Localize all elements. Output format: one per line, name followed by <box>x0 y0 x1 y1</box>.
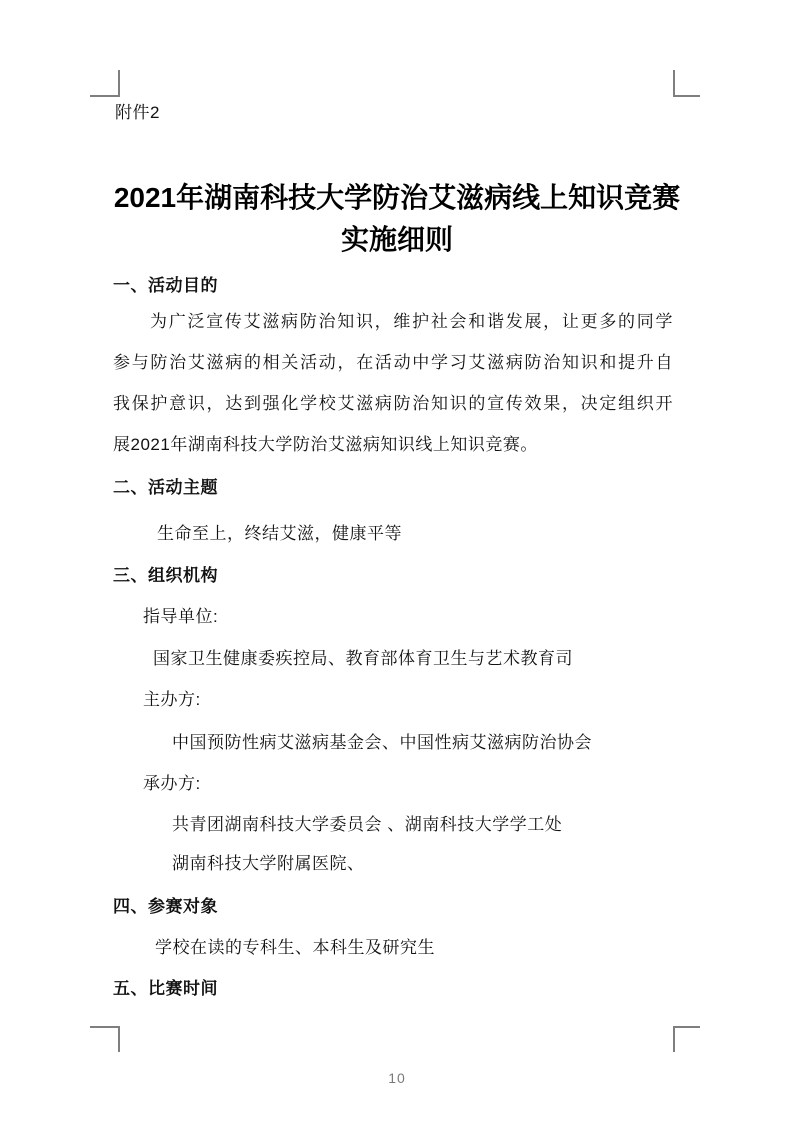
page-number: 10 <box>0 1069 794 1087</box>
section-1-paragraph-line-1: 为广泛宣传艾滋病防治知识，维护社会和谐发展，让更多的同学 <box>113 311 673 333</box>
host-orgs: 中国预防性病艾滋病基金会、中国性病艾滋病防治协会 <box>172 732 592 754</box>
guide-unit-orgs: 国家卫生健康委疾控局、教育部体育卫生与艺术教育司 <box>153 648 573 670</box>
host-label: 主办方: <box>143 689 201 711</box>
section-1-heading: 一、活动目的 <box>113 275 218 297</box>
guide-unit-label: 指导单位: <box>143 606 218 628</box>
section-5-heading: 五、比赛时间 <box>113 978 218 1000</box>
doc-title-line1: 2021年湖南科技大学防治艾滋病线上知识竞赛 <box>0 181 794 215</box>
organizer-orgs-line-1: 共青团湖南科技大学委员会 、湖南科技大学学工处 <box>172 814 562 836</box>
document-page: 附件2 2021年湖南科技大学防治艾滋病线上知识竞赛 实施细则 一、活动目的 为… <box>0 0 794 1123</box>
organizer-orgs-line-2: 湖南科技大学附属医院、 <box>172 853 365 875</box>
section-4-body: 学校在读的专科生、本科生及研究生 <box>155 937 435 959</box>
section-1-paragraph-line-4: 展2021年湖南科技大学防治艾滋病知识线上知识竞赛。 <box>113 434 538 456</box>
crop-mark-bottom-right-icon <box>673 1026 700 1052</box>
attachment-label: 附件2 <box>115 102 160 124</box>
crop-mark-bottom-left-icon <box>90 1026 120 1052</box>
section-1-paragraph-line-3: 我保护意识，达到强化学校艾滋病防治知识的宣传效果，决定组织开 <box>113 393 673 415</box>
crop-mark-top-right-icon <box>673 70 700 97</box>
doc-title-line2: 实施细则 <box>0 223 794 257</box>
organizer-label: 承办方: <box>143 773 201 795</box>
section-2-heading: 二、活动主题 <box>113 477 218 499</box>
section-4-heading: 四、参赛对象 <box>113 896 218 918</box>
section-2-theme-text: 生命至上，终结艾滋，健康平等 <box>157 523 402 545</box>
section-1-paragraph-line-2: 参与防治艾滋病的相关活动，在活动中学习艾滋病防治知识和提升自 <box>113 352 673 374</box>
crop-mark-top-left-icon <box>90 70 120 97</box>
section-3-heading: 三、组织机构 <box>113 565 218 587</box>
